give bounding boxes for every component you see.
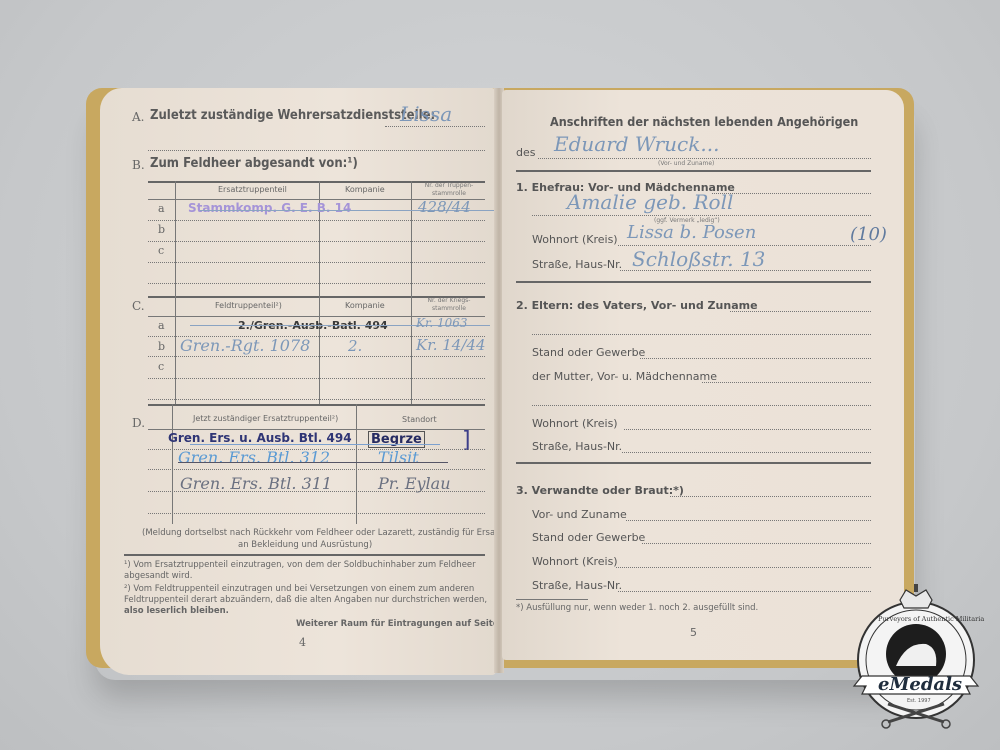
mutter-label: der Mutter, Vor- u. Mädchenname (532, 370, 717, 383)
handwritten-kriegsstammrolle-b: Kr. 14/44 (416, 336, 486, 354)
table-d-header-unit: Jetzt zuständiger Ersatztruppenteil²) (193, 414, 338, 423)
handwritten-kriegsstammrolle-a: Kr. 1063 (416, 316, 468, 330)
logo-tagline: Purveyors of Authentic Militaria (878, 615, 984, 623)
footnote-1-line-2: abgesandt wird. (124, 570, 192, 582)
right-page-title: Anschriften der nächsten lebenden Angehö… (550, 114, 858, 129)
section-3-label: 3. Verwandte oder Braut:*) (516, 484, 684, 497)
handwritten-postal-code: (10) (850, 224, 887, 245)
vater-field (730, 311, 871, 312)
section-2-wohnort-label: Wohnort (Kreis) (532, 417, 618, 430)
section-a-handwritten: Lissa (400, 102, 452, 126)
logo-established: Est. 1997 (907, 698, 931, 704)
strikethrough-line (190, 444, 440, 445)
table-d-header-standort: Standort (402, 415, 437, 424)
right-page: Anschriften der nächsten lebenden Angehö… (502, 90, 904, 660)
section-2-strasse-field (622, 452, 871, 453)
more-space-note: Weiterer Raum für Eintragungen auf Seite… (296, 618, 517, 630)
table-d-col-divider (356, 404, 357, 524)
section-2-label: 2. Eltern: des Vaters, Vor- und Zuname (516, 299, 758, 312)
section-a-field (385, 126, 485, 127)
des-label: des (516, 146, 535, 159)
footnote-rule (516, 599, 588, 600)
table-c-col-divider (319, 296, 320, 404)
left-page: A. Zuletzt zuständige Wehrersatzdienstst… (100, 88, 496, 675)
stamp-standort: Begrze (368, 431, 425, 448)
row-label: a (158, 202, 165, 215)
section-b-label: Zum Feldheer abgesandt von:¹) (150, 156, 358, 171)
section-a-field-2 (148, 150, 485, 151)
row-rule (148, 513, 485, 514)
table-b-header-unit: Ersatztruppenteil (218, 185, 287, 194)
wohnort-field (618, 245, 871, 246)
section-3-stand-label: Stand oder Gewerbe (532, 531, 645, 544)
section-d-note-2: an Bekleidung und Ausrüstung) (238, 539, 372, 551)
section-3-wohnort-field (616, 567, 871, 568)
section-a-label: Zuletzt zuständige Wehrersatzdienststell… (150, 108, 435, 123)
wohnort-label: Wohnort (Kreis) (532, 233, 618, 246)
row-rule (148, 220, 485, 221)
handwritten-ehefrau-name: Amalie geb. Roll (567, 190, 733, 214)
row-rule (148, 241, 485, 242)
stamp-gren-ers-ausb-btl: Gren. Ers. u. Ausb. Btl. 494 (168, 431, 352, 445)
mutter-field-2 (532, 405, 871, 406)
footnote-2-line-3: also leserlich bleiben. (124, 605, 229, 617)
right-footnote: *) Ausfüllung nur, wenn weder 1. noch 2.… (516, 602, 758, 614)
row-rule (148, 262, 485, 263)
table-b-header-nr: Nr. der Truppen-stammrolle (414, 182, 484, 198)
table-d-col-divider (172, 404, 173, 524)
rule (516, 462, 871, 464)
table-d-header-rule (148, 429, 485, 430)
des-hint: (Vor- und Zuname) (658, 160, 714, 167)
emedals-logo: eMedals Purveyors of Authentic Militaria… (848, 582, 988, 732)
row-rule (148, 469, 485, 470)
handwritten-gren-ers-btl-312: Gren. Ers. Btl. 312 (178, 448, 330, 467)
rule (516, 281, 871, 283)
mutter-field (702, 382, 871, 383)
handwritten-stammrolle-nr: 428/44 (418, 198, 471, 216)
handwritten-des-name: Eduard Wruck... (554, 132, 719, 156)
section-3-name-field (626, 520, 871, 521)
table-c-col-divider (175, 296, 176, 404)
row-label: a (158, 319, 165, 332)
table-c-header-kompanie: Kompanie (345, 301, 385, 310)
handwritten-gren-rgt: Gren.-Rgt. 1078 (180, 336, 310, 355)
emedals-badge-icon (848, 582, 988, 732)
handwritten-wohnort: Lissa b. Posen (627, 222, 756, 243)
section-3-name-label: Vor- und Zuname (532, 508, 627, 521)
vater-stand-field (640, 358, 871, 359)
section-3-strasse-label: Straße, Haus-Nr. (532, 579, 622, 592)
stamp-stammkomp: Stammkomp. G. E. B. 14 (188, 201, 351, 215)
table-b-header-kompanie: Kompanie (345, 185, 385, 194)
section-2-wohnort-field (624, 429, 871, 430)
handwritten-strasse: Schloßstr. 13 (632, 247, 765, 271)
section-d-letter: D. (132, 416, 145, 430)
section-a-letter: A. (132, 110, 144, 124)
section-2-strasse-label: Straße, Haus-Nr. (532, 440, 622, 453)
strikethrough-line (178, 462, 448, 463)
row-rule (148, 399, 485, 400)
table-c-bottom-rule (148, 404, 485, 406)
des-field (538, 158, 871, 159)
section-b-letter: B. (132, 158, 145, 172)
page-number-left: 4 (299, 636, 306, 649)
table-c-header-nr: Nr. der Kriegs-stammrolle (414, 297, 484, 313)
table-c-header-unit: Feldtruppenteil²) (215, 301, 282, 310)
row-rule (148, 283, 485, 284)
table-c-col-divider (411, 296, 412, 404)
section-3-wohnort-label: Wohnort (Kreis) (532, 555, 618, 568)
rule (516, 170, 871, 172)
row-rule (148, 356, 485, 357)
section-d-note-1: (Meldung dortselbst nach Rückkehr vom Fe… (142, 527, 503, 539)
vater-stand-label: Stand oder Gewerbe (532, 346, 645, 359)
row-label: b (158, 340, 165, 353)
strasse-label: Straße, Haus-Nr. (532, 258, 622, 271)
section-3-field (670, 496, 871, 497)
section-3-strasse-field (618, 591, 871, 592)
row-label: c (158, 360, 164, 373)
row-label: c (158, 244, 164, 257)
row-label: b (158, 223, 165, 236)
handwritten-tilsit: Tilsit (378, 448, 419, 467)
section-c-letter: C. (132, 299, 145, 313)
logo-brand: eMedals (878, 674, 962, 695)
row-rule (148, 378, 485, 379)
vater-field-2 (532, 334, 871, 335)
section-1-name-field-2 (532, 215, 871, 216)
page-number-right: 5 (690, 626, 697, 639)
section-3-stand-field (642, 543, 871, 544)
handwritten-kompanie: 2. (348, 337, 362, 355)
row-rule (148, 491, 485, 492)
section-1-name-field (712, 193, 871, 194)
footnote-rule (124, 554, 485, 556)
